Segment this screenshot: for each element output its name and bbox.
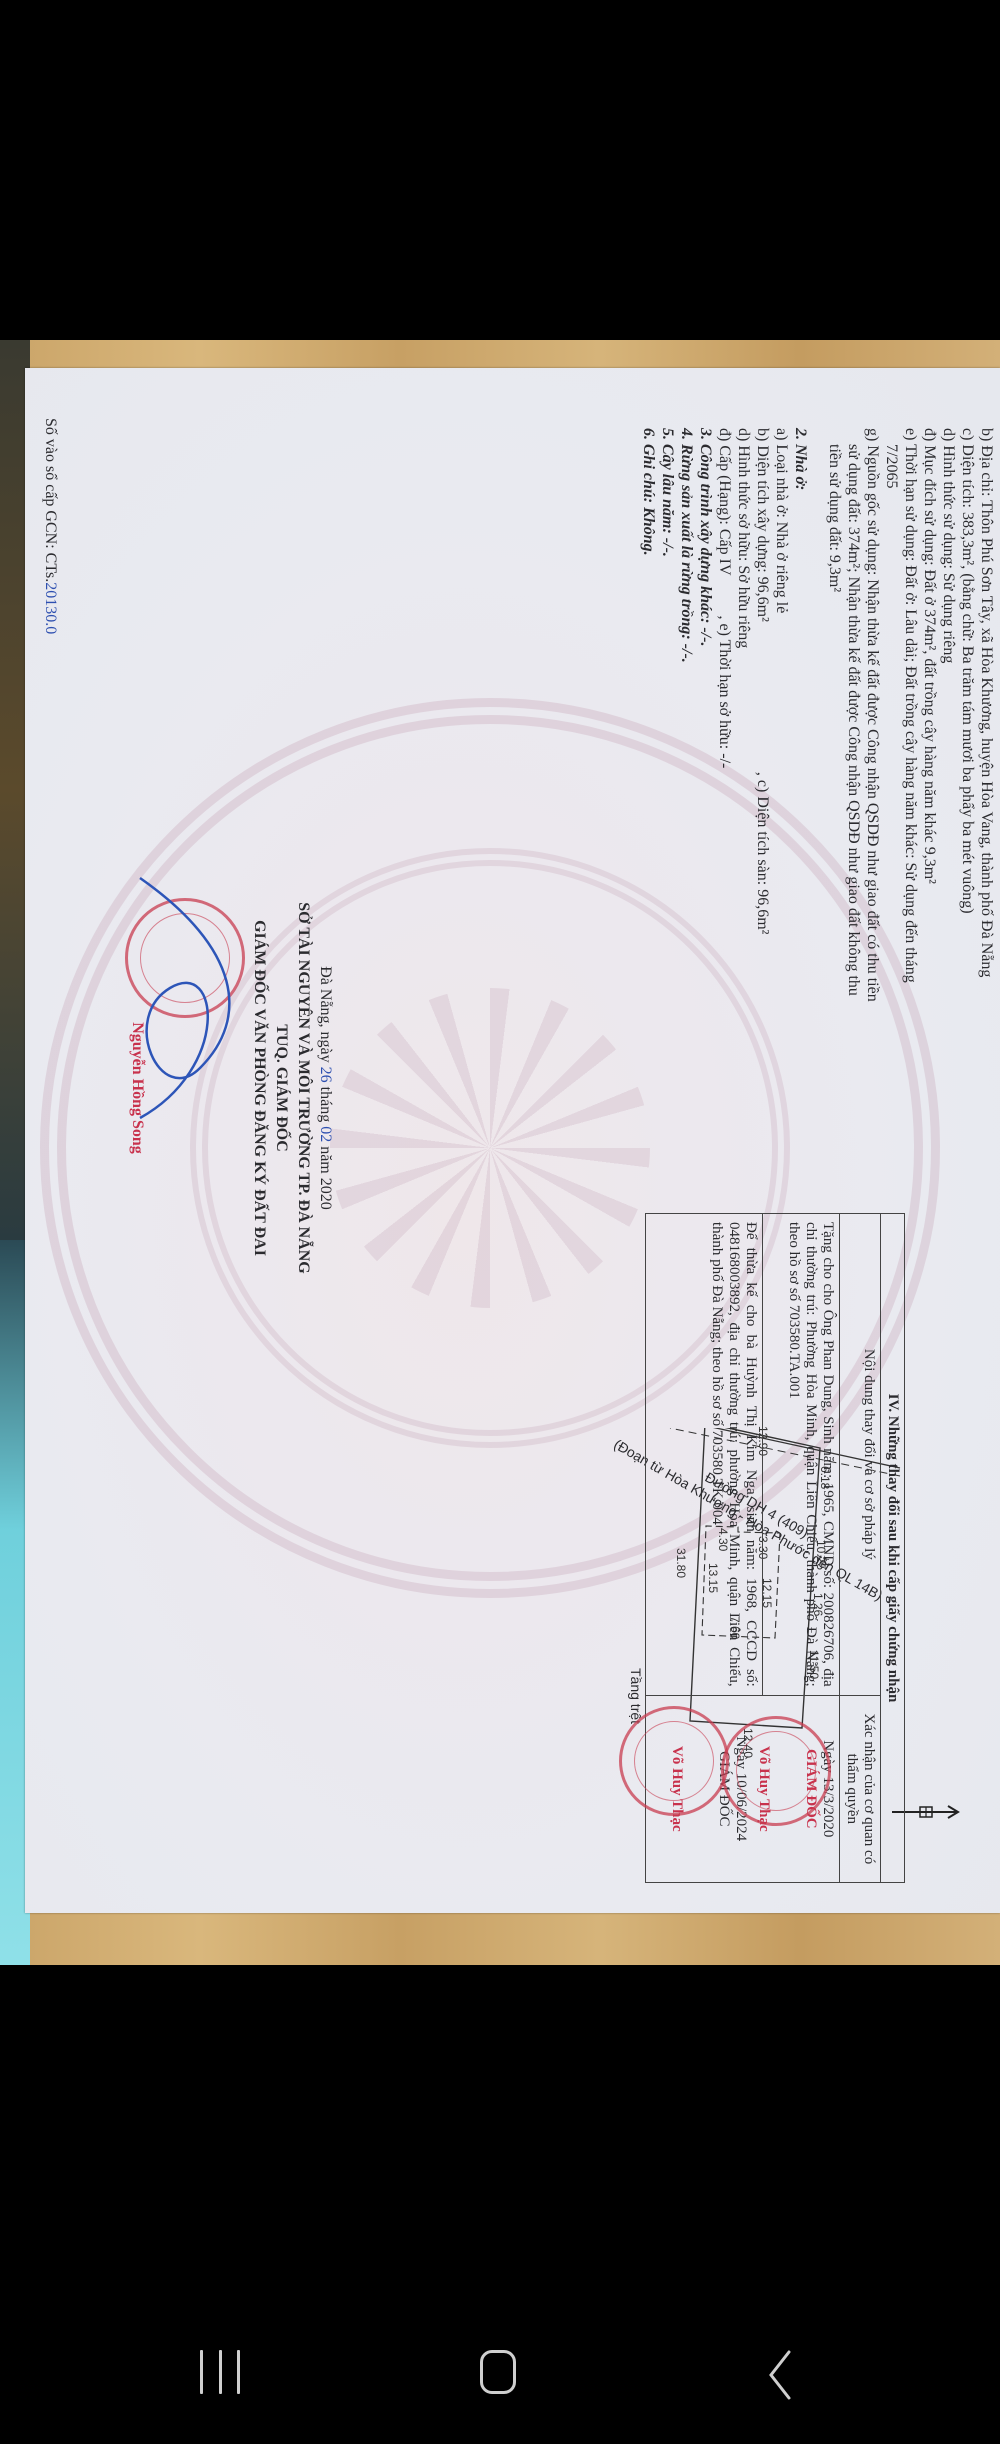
land-area: c) Diện tích: 383,3m², (bằng chữ: Ba tră… — [958, 428, 977, 1002]
land-origin-cont: sử dụng đất: 374m²; Nhận thừa kế đất đượ… — [844, 428, 863, 1002]
house-term: , e) Thời hạn sở hữu: -/- — [716, 616, 733, 769]
table-row: Tặng cho cho Ông Phan Dung, Sinh năm: 19… — [763, 1214, 840, 1883]
house-grade: đ) Cấp (Hạng): Cấp IV — [716, 428, 733, 576]
land-address: b) Địa chỉ: Thôn Phú Sơn Tây, xã Hòa Khư… — [977, 428, 996, 1002]
land-use-certificate: b) Địa chỉ: Thôn Phú Sơn Tây, xã Hòa Khư… — [25, 368, 1000, 1913]
back-button[interactable] — [765, 2350, 795, 2400]
house-area-row: b) Diện tích xây dựng: 96,6m², c) Diện t… — [753, 428, 772, 934]
land-use-term: e) Thời hạn sử dụng: Đất ở: Lâu dài; Đất… — [901, 428, 920, 1002]
signature-scribble-icon — [110, 868, 260, 1128]
changes-title: IV. Những thay đổi sau khi cấp giấy chứn… — [881, 1214, 905, 1883]
register-label: Số vào sổ cấp GCN: CTs. — [42, 418, 59, 582]
changes-table: IV. Những thay đổi sau khi cấp giấy chứn… — [645, 1213, 905, 1883]
date-year: năm 2020 — [317, 1146, 334, 1210]
house-info: 2. Nhà ở: a) Loại nhà ở: Nhà ở riêng lẻ … — [639, 428, 810, 934]
notes: 6. Ghi chú: Không. — [639, 428, 658, 934]
col-content-header: Nội dung thay đổi và cơ sở pháp lý — [840, 1214, 881, 1696]
home-button[interactable] — [480, 2350, 520, 2400]
on-behalf: TUQ. GIÁM ĐỐC — [269, 788, 291, 1388]
date-day: 26 — [317, 1067, 334, 1083]
certificate-page-rotated: b) Địa chỉ: Thôn Phú Sơn Tây, xã Hòa Khư… — [10, 340, 1000, 1965]
change-content: Tặng cho cho Ông Phan Dung, Sinh năm: 19… — [763, 1214, 840, 1696]
house-grade-row: đ) Cấp (Hạng): Cấp IV, e) Thời hạn sở hữ… — [715, 428, 734, 934]
production-forest: 4. Rừng sản xuất là rừng trồng: -/-. — [677, 428, 696, 934]
issuing-agency: SỞ TÀI NGUYÊN VÀ MÔI TRƯỜNG TP. ĐÀ NẴNG — [291, 788, 313, 1388]
back-icon — [765, 2350, 795, 2400]
change-content: Để thừa kế cho bà Huỳnh Thị Kim Nga, sin… — [646, 1214, 763, 1696]
col-confirm-header: Xác nhận của cơ quan có thẩm quyền — [840, 1695, 881, 1882]
home-icon — [480, 2350, 516, 2394]
land-use-term-cont: 7/2065 — [882, 428, 901, 1002]
navigation-bar — [0, 2270, 1000, 2444]
house-type: a) Loại nhà ở: Nhà ở riêng lẻ — [772, 428, 791, 934]
land-use-form: d) Hình thức sử dụng: Sử dụng riêng — [939, 428, 958, 1002]
house-ownership: d) Hình thức sở hữu: Sở hữu riêng — [734, 428, 753, 934]
recent-apps-icon — [237, 2350, 240, 2394]
office-stamp-icon — [619, 1706, 729, 1816]
recent-apps-button[interactable] — [200, 2350, 240, 2400]
house-floor-area: , c) Diện tích sàn: 96,6m² — [754, 772, 771, 935]
register-number: Số vào sổ cấp GCN: CTs.20130.0 — [41, 418, 60, 634]
land-origin-cont2: tiền sử dụng đất: 9,3m² — [825, 428, 844, 1002]
document-photo: b) Địa chỉ: Thôn Phú Sơn Tây, xã Hòa Khư… — [0, 340, 1000, 1965]
date-month: 02 — [317, 1126, 334, 1142]
other-works: 3. Công trình xây dựng khác: -/-. — [696, 428, 715, 934]
land-use-purpose: đ) Mục đích sử dụng: Đất ở 374m², đất tr… — [920, 428, 939, 1002]
perennial-trees: 5. Cây lâu năm: -/-. — [658, 428, 677, 934]
house-heading: 2. Nhà ở: — [791, 428, 810, 934]
register-value: 20130.0 — [42, 582, 59, 634]
land-origin: g) Nguồn gốc sử dụng: Nhận thừa kế đất đ… — [863, 428, 882, 1002]
date-prefix: Đà Nẵng, ngày — [317, 966, 334, 1062]
land-info: b) Địa chỉ: Thôn Phú Sơn Tây, xã Hòa Khư… — [825, 428, 996, 1002]
issue-date: Đà Nẵng, ngày 26 tháng 02 năm 2020 — [313, 788, 335, 1388]
drum-watermark-star — [330, 988, 650, 1308]
recent-apps-icon — [200, 2350, 203, 2394]
recent-apps-icon — [219, 2350, 222, 2394]
house-built-area: b) Diện tích xây dựng: 96,6m² — [754, 428, 771, 622]
date-month-label: tháng — [317, 1087, 334, 1123]
office-stamp-icon — [721, 1716, 831, 1826]
